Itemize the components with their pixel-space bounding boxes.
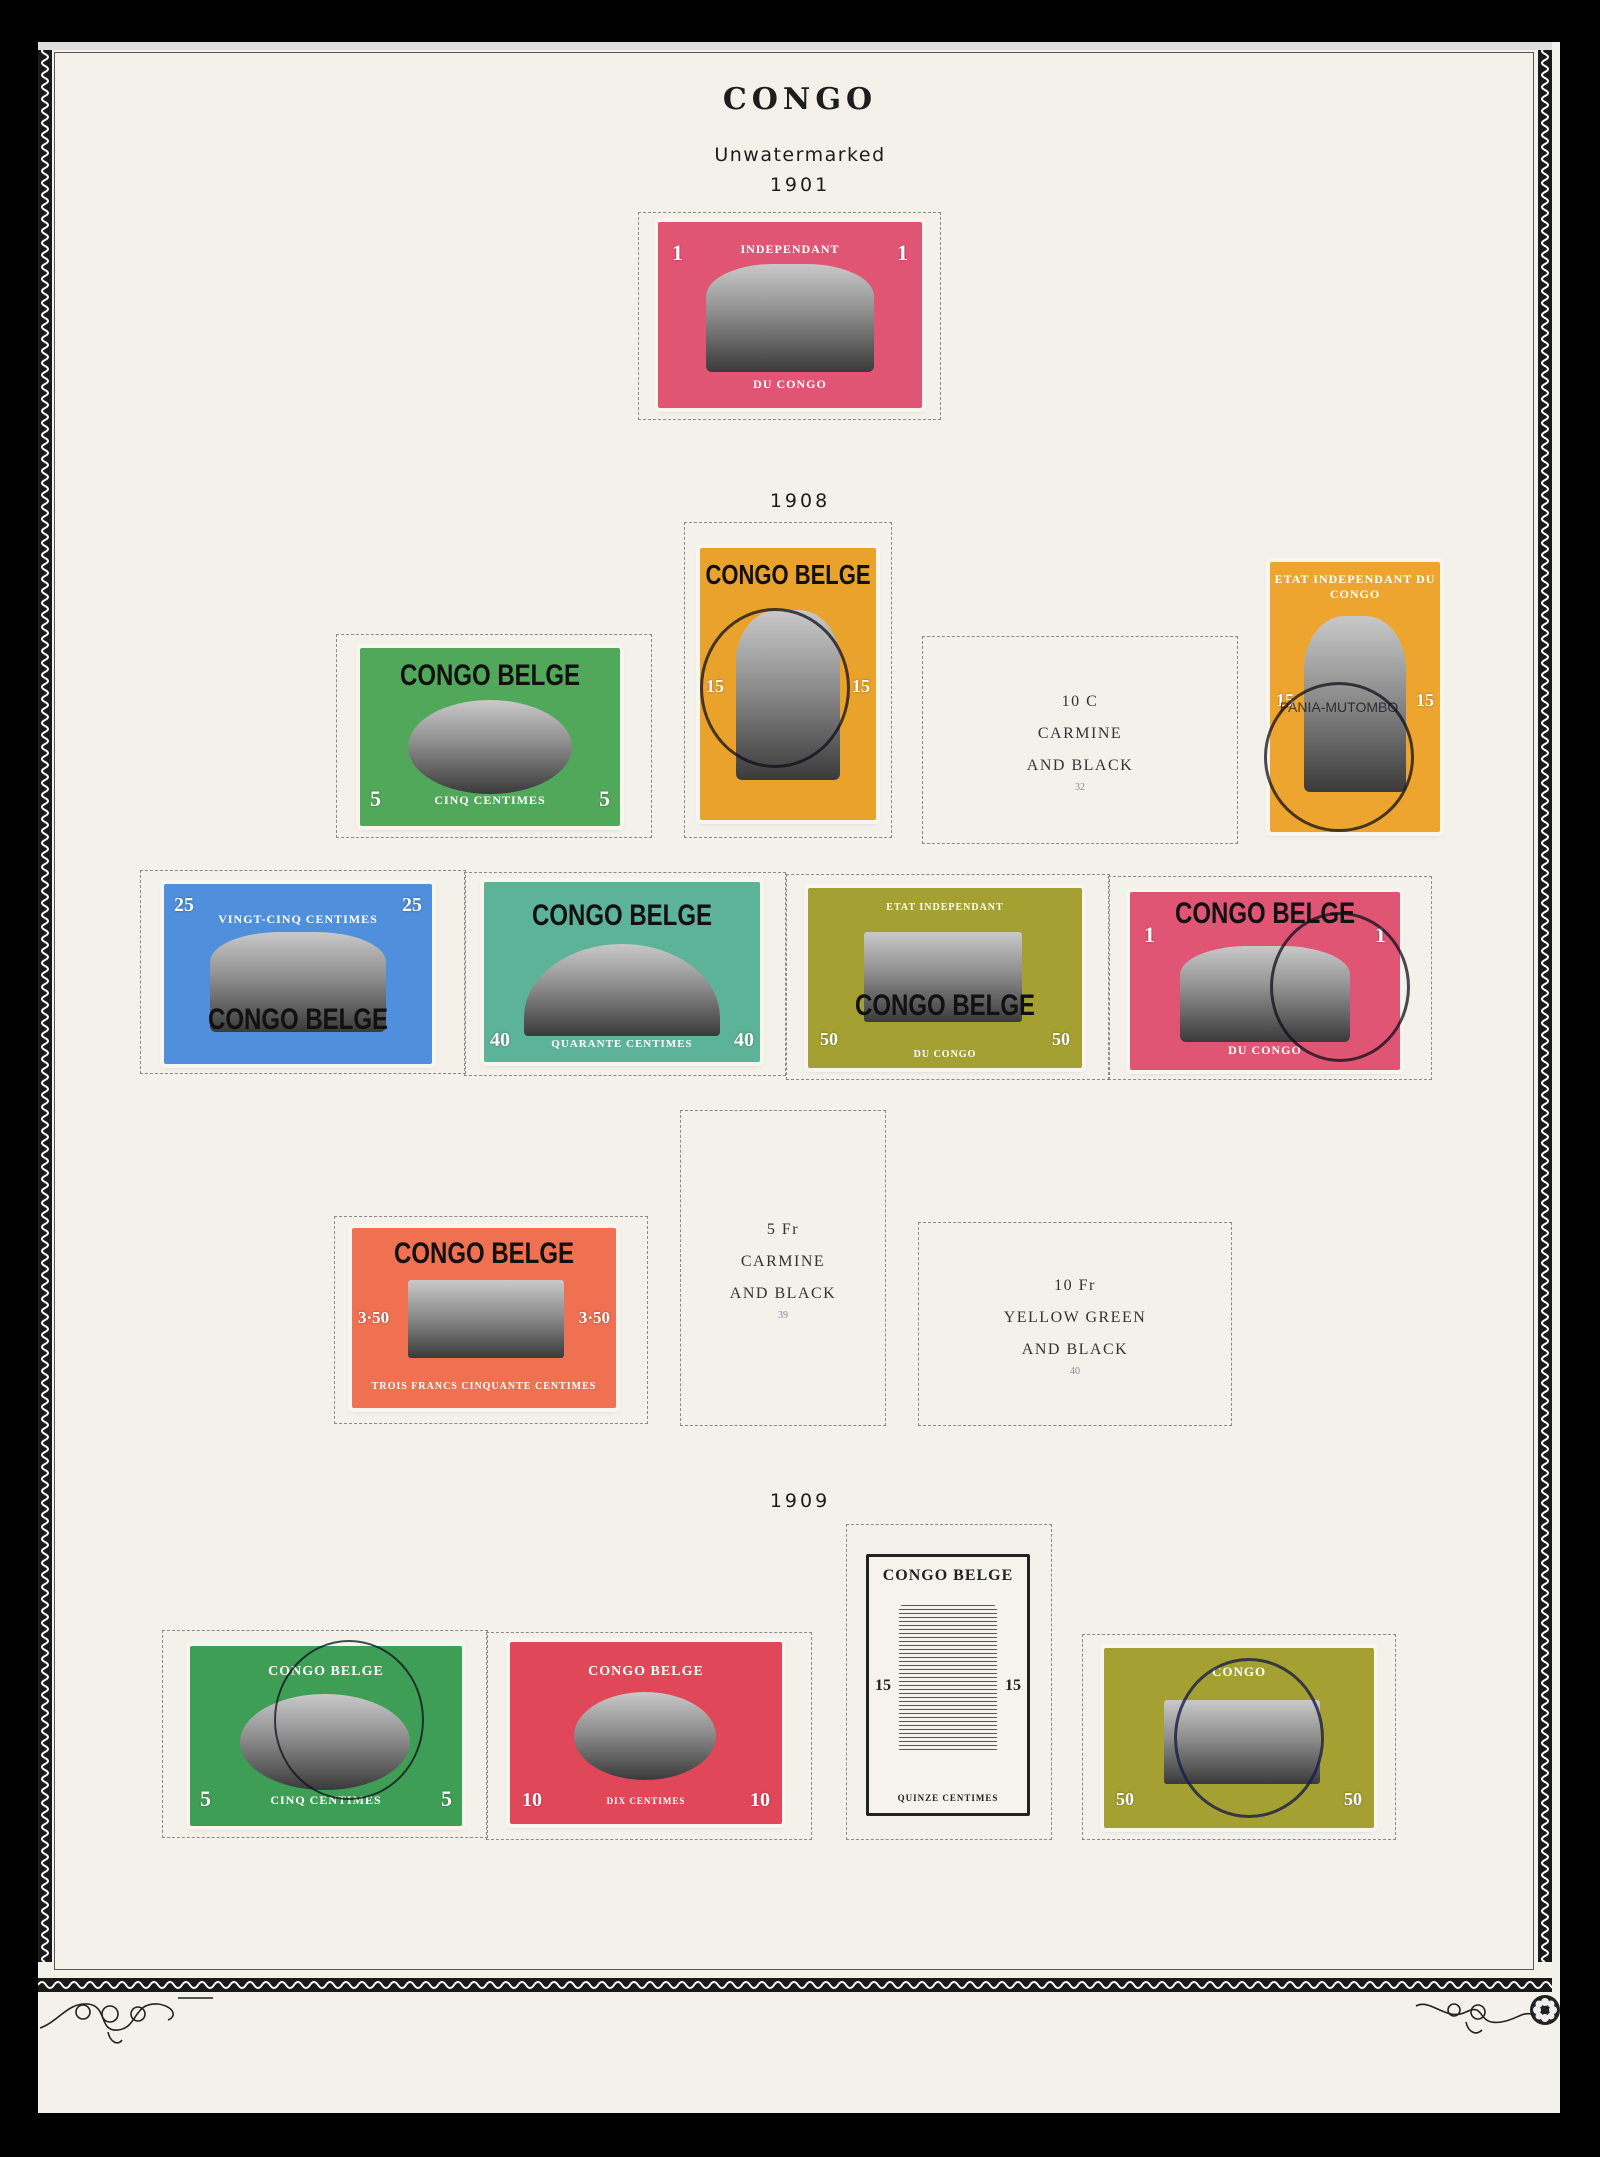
postmark-cancel	[700, 608, 850, 768]
stamp-bottom-label: TROIS FRANCS CINQUANTE CENTIMES	[352, 1381, 616, 1392]
stamp-value: 15	[875, 1677, 891, 1695]
stamp-1908-25c-overprint[interactable]: 25 25 VINGT-CINQ CENTIMES CONGO BELGE	[164, 884, 432, 1064]
page-title: CONGO	[0, 82, 1600, 117]
stamp-top-label: ETAT INDEPENDANT	[808, 902, 1082, 913]
overprint: CONGO BELGE	[164, 1003, 432, 1038]
flourish-ornament-right-icon	[1406, 1992, 1536, 2042]
stamp-value: 15	[1416, 690, 1434, 711]
stamp-1908-50c-overprint[interactable]: ETAT INDEPENDANT CONGO BELGE 50 50 DU CO…	[808, 888, 1082, 1068]
stamp-bottom-label: QUINZE CENTIMES	[869, 1793, 1027, 1803]
stamp-1908-15c-overprint[interactable]: CONGO BELGE 15 15	[700, 548, 876, 820]
stamp-1909-10c[interactable]: CONGO BELGE 10 10 DIX CENTIMES	[510, 1642, 782, 1824]
flourish-ornament-left-icon	[38, 1992, 218, 2052]
slot-color-line1: CARMINE	[1038, 718, 1122, 750]
stamp-value: 50	[1344, 1789, 1362, 1810]
empty-slot-10c[interactable]: 10 C CARMINE AND BLACK 32	[922, 636, 1238, 844]
stamp-value: 3·50	[358, 1308, 389, 1328]
stamp-bottom-label: DIX CENTIMES	[510, 1796, 782, 1806]
stamp-1908-1-franc-overprint[interactable]: CONGO BELGE 1 1 DU CONGO	[1130, 892, 1400, 1070]
stamp-value: 50	[820, 1029, 838, 1050]
stamp-bottom-label: DU CONGO	[658, 377, 922, 392]
slot-color-line1: CARMINE	[741, 1246, 825, 1278]
postmark-cancel	[1174, 1658, 1324, 1818]
slot-color-line2: AND BLACK	[1027, 750, 1133, 782]
overprint: CONGO BELGE	[808, 989, 1082, 1024]
slot-value: 5 Fr	[767, 1214, 799, 1246]
slot-color-line2: AND BLACK	[1022, 1334, 1128, 1366]
stamp-1909-5c[interactable]: CONGO BELGE 5 5 CINQ CENTIMES	[190, 1646, 462, 1826]
stamp-value: 3·50	[579, 1308, 610, 1328]
stamp-1901-1-franc[interactable]: 1 1 INDEPENDANT DU CONGO	[658, 222, 922, 408]
overprint: CONGO BELGE	[352, 1237, 616, 1272]
stamp-vignette-elephant	[706, 264, 874, 372]
border-top	[38, 42, 1552, 50]
stamp-bottom-label: QUARANTE CENTIMES	[484, 1038, 760, 1050]
slot-color-line1: YELLOW GREEN	[1004, 1302, 1147, 1334]
overprint: CONGO BELGE	[484, 899, 760, 934]
stamp-top-label: CONGO BELGE	[510, 1664, 782, 1680]
page-subtitle: Unwatermarked	[0, 144, 1600, 166]
stamp-vignette-harbor	[574, 1692, 716, 1780]
pencil-catalog-number: 39	[778, 1310, 788, 1322]
postmark-cancel	[274, 1640, 424, 1800]
stamp-value: 1	[1144, 922, 1155, 948]
stamp-value: 15	[1005, 1677, 1021, 1695]
stamp-vignette-canoe	[524, 944, 720, 1036]
slot-color-line2: AND BLACK	[730, 1278, 836, 1310]
stamp-1909-50c[interactable]: CONGO 50 50	[1104, 1648, 1374, 1828]
stamp-1908-3fr50-overprint[interactable]: CONGO BELGE 3·50 3·50 TROIS FRANCS CINQU…	[352, 1228, 616, 1408]
stamp-top-label: ETAT INDEPENDANT DU CONGO	[1270, 572, 1440, 602]
slot-value: 10 Fr	[1054, 1270, 1096, 1302]
stamp-1908-15c-pania-mutombo[interactable]: ETAT INDEPENDANT DU CONGO 15 15 PANIA-MU…	[1270, 562, 1440, 832]
pencil-catalog-number: 32	[1075, 782, 1085, 794]
stamp-value: 50	[1052, 1029, 1070, 1050]
postmark-cancel: PANIA-MUTOMBO	[1264, 682, 1414, 832]
rosette-ornament-icon	[1528, 1993, 1562, 2027]
overprint: CONGO BELGE	[700, 559, 876, 592]
border-bottom	[38, 1978, 1552, 1992]
stamp-value: 50	[1116, 1789, 1134, 1810]
empty-slot-10fr[interactable]: 10 Fr YELLOW GREEN AND BLACK 40	[918, 1222, 1232, 1426]
stamp-1908-40c-overprint[interactable]: CONGO BELGE 40 40 QUARANTE CENTIMES	[484, 882, 760, 1062]
border-left	[38, 42, 52, 1962]
postmark-cancel	[1270, 912, 1410, 1062]
stamp-bottom-label: DU CONGO	[808, 1049, 1082, 1060]
slot-value: 10 C	[1062, 686, 1099, 718]
stamp-top-label: INDEPENDANT	[658, 242, 922, 257]
stamp-vignette-landscape	[408, 700, 572, 794]
stamp-value: 15	[852, 676, 870, 697]
stamp-vignette-palm-line-art	[899, 1605, 997, 1753]
overprint: CONGO BELGE	[360, 659, 620, 694]
empty-slot-5fr[interactable]: 5 Fr CARMINE AND BLACK 39	[680, 1110, 886, 1426]
stamp-top-label: CONGO BELGE	[869, 1567, 1027, 1585]
stamp-bottom-label: CINQ CENTIMES	[360, 793, 620, 808]
border-right	[1538, 42, 1552, 1962]
stamp-1908-5c-overprint[interactable]: CONGO BELGE 5 5 CINQ CENTIMES	[360, 648, 620, 826]
section-year-1908: 1908	[0, 490, 1600, 512]
stamp-vignette-village	[408, 1280, 564, 1358]
stamp-1909-15c-illustration: CONGO BELGE 15 15 QUINZE CENTIMES	[866, 1554, 1030, 1816]
section-year-1909: 1909	[0, 1490, 1600, 1512]
pencil-catalog-number: 40	[1070, 1366, 1080, 1378]
stamp-top-label: VINGT-CINQ CENTIMES	[164, 912, 432, 927]
section-year-1901: 1901	[0, 174, 1600, 196]
